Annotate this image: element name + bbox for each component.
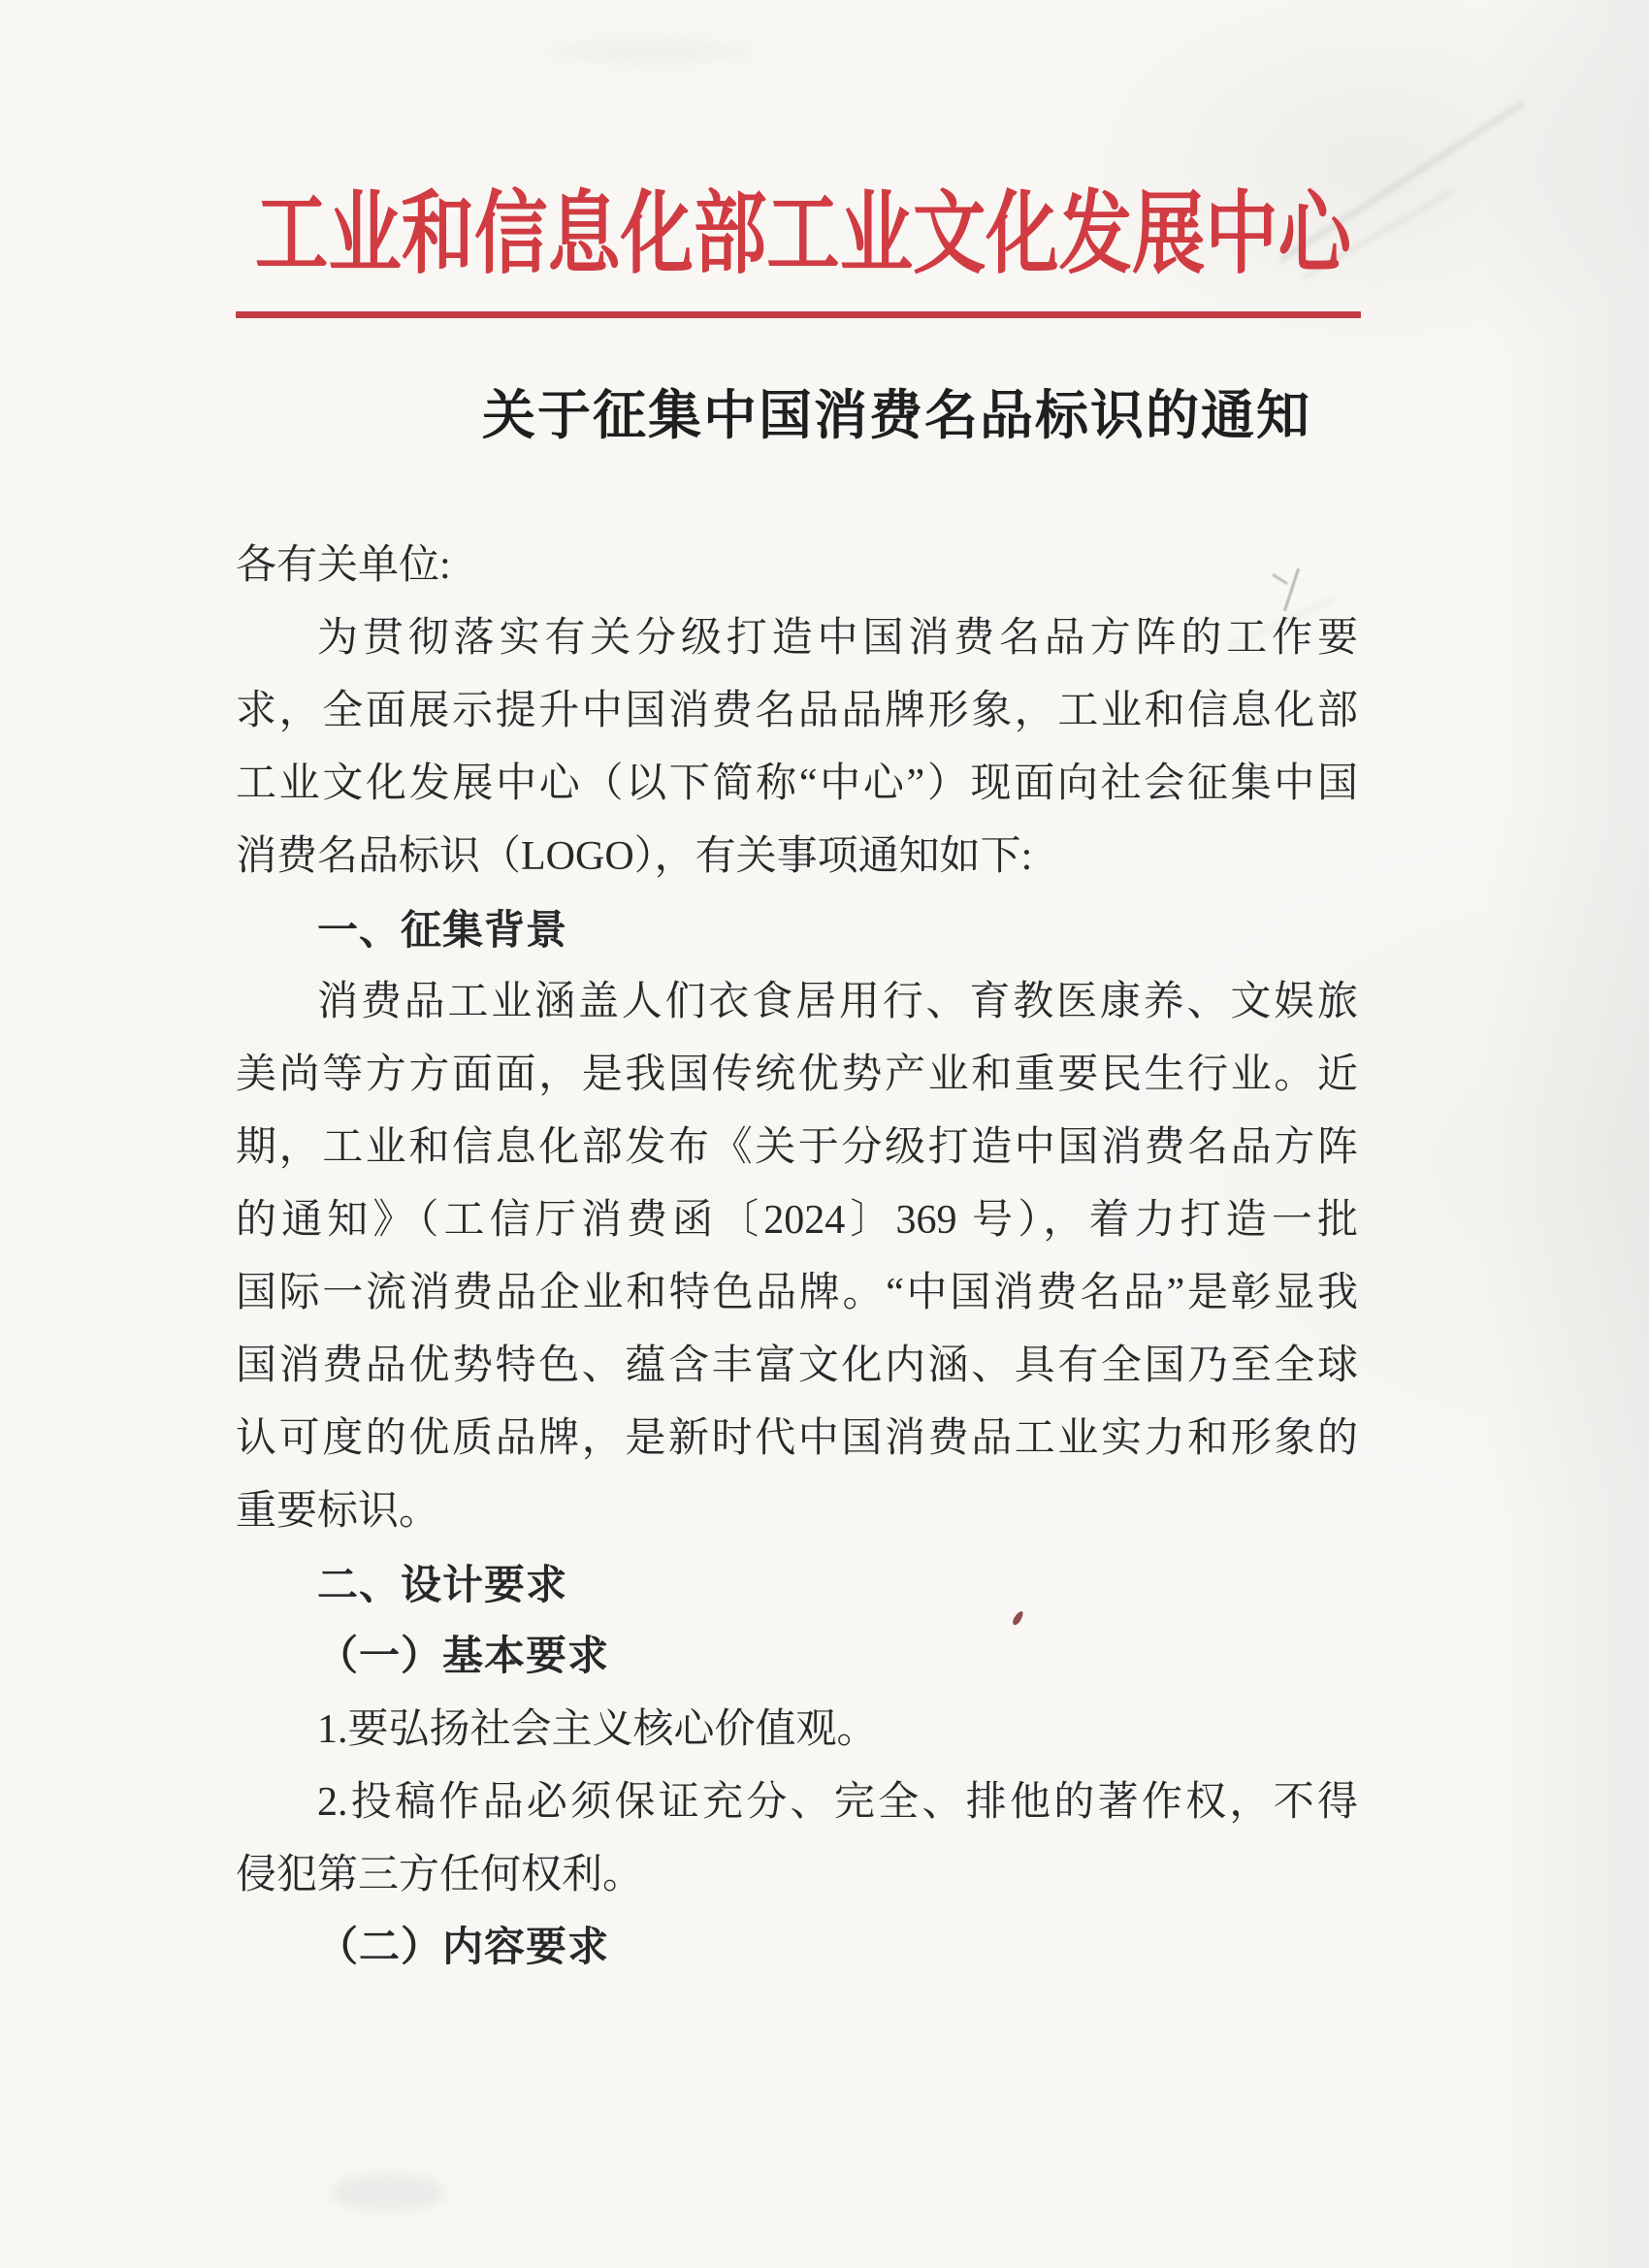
- scanned-notice-page: 工业和信息化部工业文化发展中心 关于征集中国消费名品标识的通知 各有关单位: 为…: [0, 0, 1649, 2268]
- body-line: 重要标识。: [236, 1475, 1358, 1548]
- subsection-heading-content-requirements: （二）内容要求: [236, 1912, 1358, 1985]
- body-line: 工业文化发展中心（以下简称“中心”）现面向社会征集中国: [236, 748, 1358, 821]
- body-line: 的通知》（工信厅消费函〔2024〕369 号），着力打造一批: [236, 1184, 1358, 1257]
- section-heading-design-requirements: 二、设计要求: [236, 1548, 1358, 1621]
- document-body: 各有关单位: 为贯彻落实有关分级打造中国消费名品方阵的工作要 求，全面展示提升中…: [236, 530, 1358, 1985]
- body-line: 国消费品优势特色、蕴含丰富文化内涵、具有全国乃至全球: [236, 1330, 1358, 1403]
- letterhead-title: 工业和信息化部工业文化发展中心: [255, 186, 1351, 285]
- body-line: 侵犯第三方任何权利。: [236, 1839, 1358, 1912]
- document-title: 关于征集中国消费名品标识的通知: [482, 387, 1311, 446]
- body-line: 期，工业和信息化部发布《关于分级打造中国消费名品方阵: [236, 1112, 1358, 1184]
- body-line: 为贯彻落实有关分级打造中国消费名品方阵的工作要: [236, 602, 1358, 675]
- numbered-item-line: 1.要弘扬社会主义核心价值观。: [236, 1694, 1358, 1766]
- body-line: 消费名品标识（LOGO），有关事项通知如下:: [236, 821, 1358, 893]
- body-line: 国际一流消费品企业和特色品牌。“中国消费名品”是彰显我: [236, 1257, 1358, 1330]
- numbered-item-line: 2.投稿作品必须保证充分、完全、排他的著作权，不得: [236, 1766, 1358, 1839]
- letterhead-divider-rule: [236, 311, 1361, 318]
- body-line: 消费品工业涵盖人们衣食居用行、育教医康养、文娱旅: [236, 966, 1358, 1039]
- body-line: 美尚等方方面面，是我国传统优势产业和重要民生行业。近: [236, 1039, 1358, 1112]
- body-line: 认可度的优质品牌，是新时代中国消费品工业实力和形象的: [236, 1403, 1358, 1475]
- scan-smudge: [543, 39, 757, 64]
- section-heading-collection-background: 一、征集背景: [236, 893, 1358, 966]
- body-line: 求，全面展示提升中国消费名品品牌形象，工业和信息化部: [236, 675, 1358, 748]
- salutation-line: 各有关单位:: [236, 530, 1358, 602]
- subsection-heading-basic-requirements: （一）基本要求: [236, 1621, 1358, 1694]
- scan-smudge: [330, 2173, 446, 2212]
